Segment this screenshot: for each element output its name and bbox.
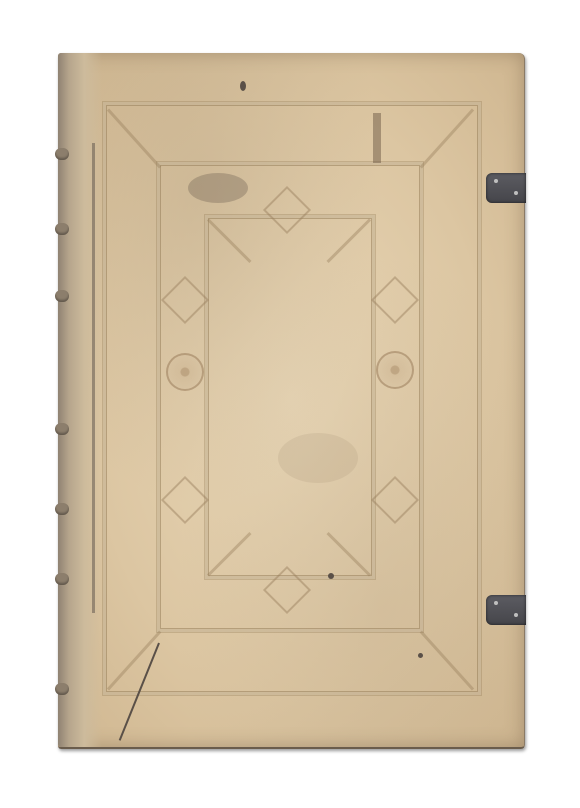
- wear-stain: [418, 653, 423, 658]
- spine-raised-band: [55, 148, 69, 160]
- rivet: [514, 191, 518, 195]
- spine-raised-band: [55, 223, 69, 235]
- spine-raised-band: [55, 573, 69, 585]
- wear-stain: [328, 573, 334, 579]
- spine-raised-band: [55, 503, 69, 515]
- wear-stain: [240, 81, 246, 91]
- center-tooled-panel: [208, 218, 372, 576]
- rivet: [494, 179, 498, 183]
- spine-raised-band: [55, 290, 69, 302]
- rivet: [514, 613, 518, 617]
- cover-tear: [373, 113, 381, 163]
- wear-stain: [188, 173, 248, 203]
- rivet: [494, 601, 498, 605]
- rosette-ornament: [376, 351, 414, 389]
- spine-raised-band: [55, 423, 69, 435]
- rosette-ornament: [166, 353, 204, 391]
- spine-crease: [92, 143, 95, 613]
- metal-clasp-upper: [486, 173, 526, 203]
- book-cover: [58, 53, 525, 749]
- spine-raised-band: [55, 683, 69, 695]
- wear-stain: [278, 433, 358, 483]
- metal-clasp-lower: [486, 595, 526, 625]
